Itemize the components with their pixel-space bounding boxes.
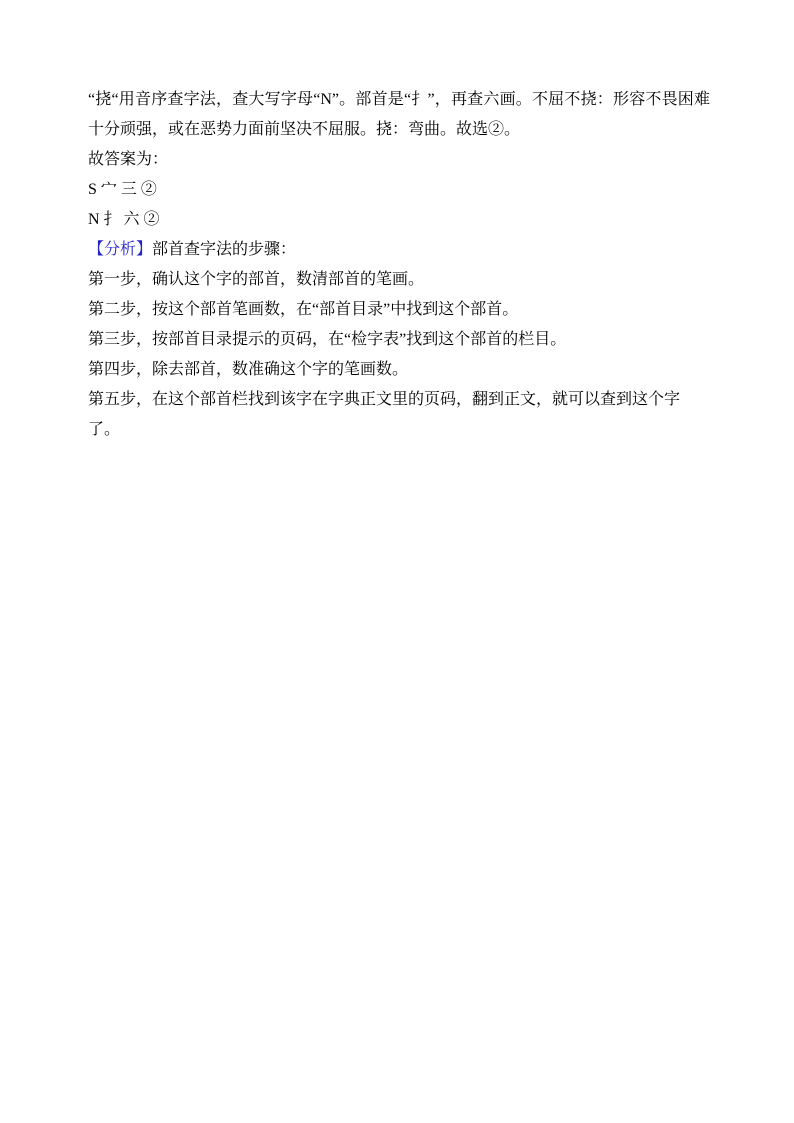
answer-line-n: N 扌 六 ② [88,205,710,235]
answer-line-s: S 宀 三 ② [88,175,710,205]
step-line-4: 第四步，除去部首，数准确这个字的笔画数。 [88,355,710,385]
document-content: “挠“用音序查字法，查大写字母“N”。部首是“扌”，再查六画。不屈不挠：形容不畏… [0,0,794,445]
analysis-title: 部首查字法的步骤： [152,241,296,258]
step-line-2: 第二步，按这个部首笔画数，在“部首目录”中找到这个部首。 [88,295,710,325]
answer-intro-line: 故答案为： [88,145,710,175]
step-line-5: 第五步，在这个部首栏找到该字在字典正文里的页码，翻到正文，就可以查到这个字了。 [88,385,710,445]
analysis-label: 【分析】 [88,241,152,258]
document-page: “挠“用音序查字法，查大写字母“N”。部首是“扌”，再查六画。不屈不挠：形容不畏… [0,0,794,1123]
analysis-heading: 【分析】部首查字法的步骤： [88,235,710,265]
step-line-1: 第一步，确认这个字的部首，数清部首的笔画。 [88,265,710,295]
step-line-3: 第三步，按部首目录提示的页码，在“检字表”找到这个部首的栏目。 [88,325,710,355]
answer-explanation-paragraph: “挠“用音序查字法，查大写字母“N”。部首是“扌”，再查六画。不屈不挠：形容不畏… [88,85,710,145]
